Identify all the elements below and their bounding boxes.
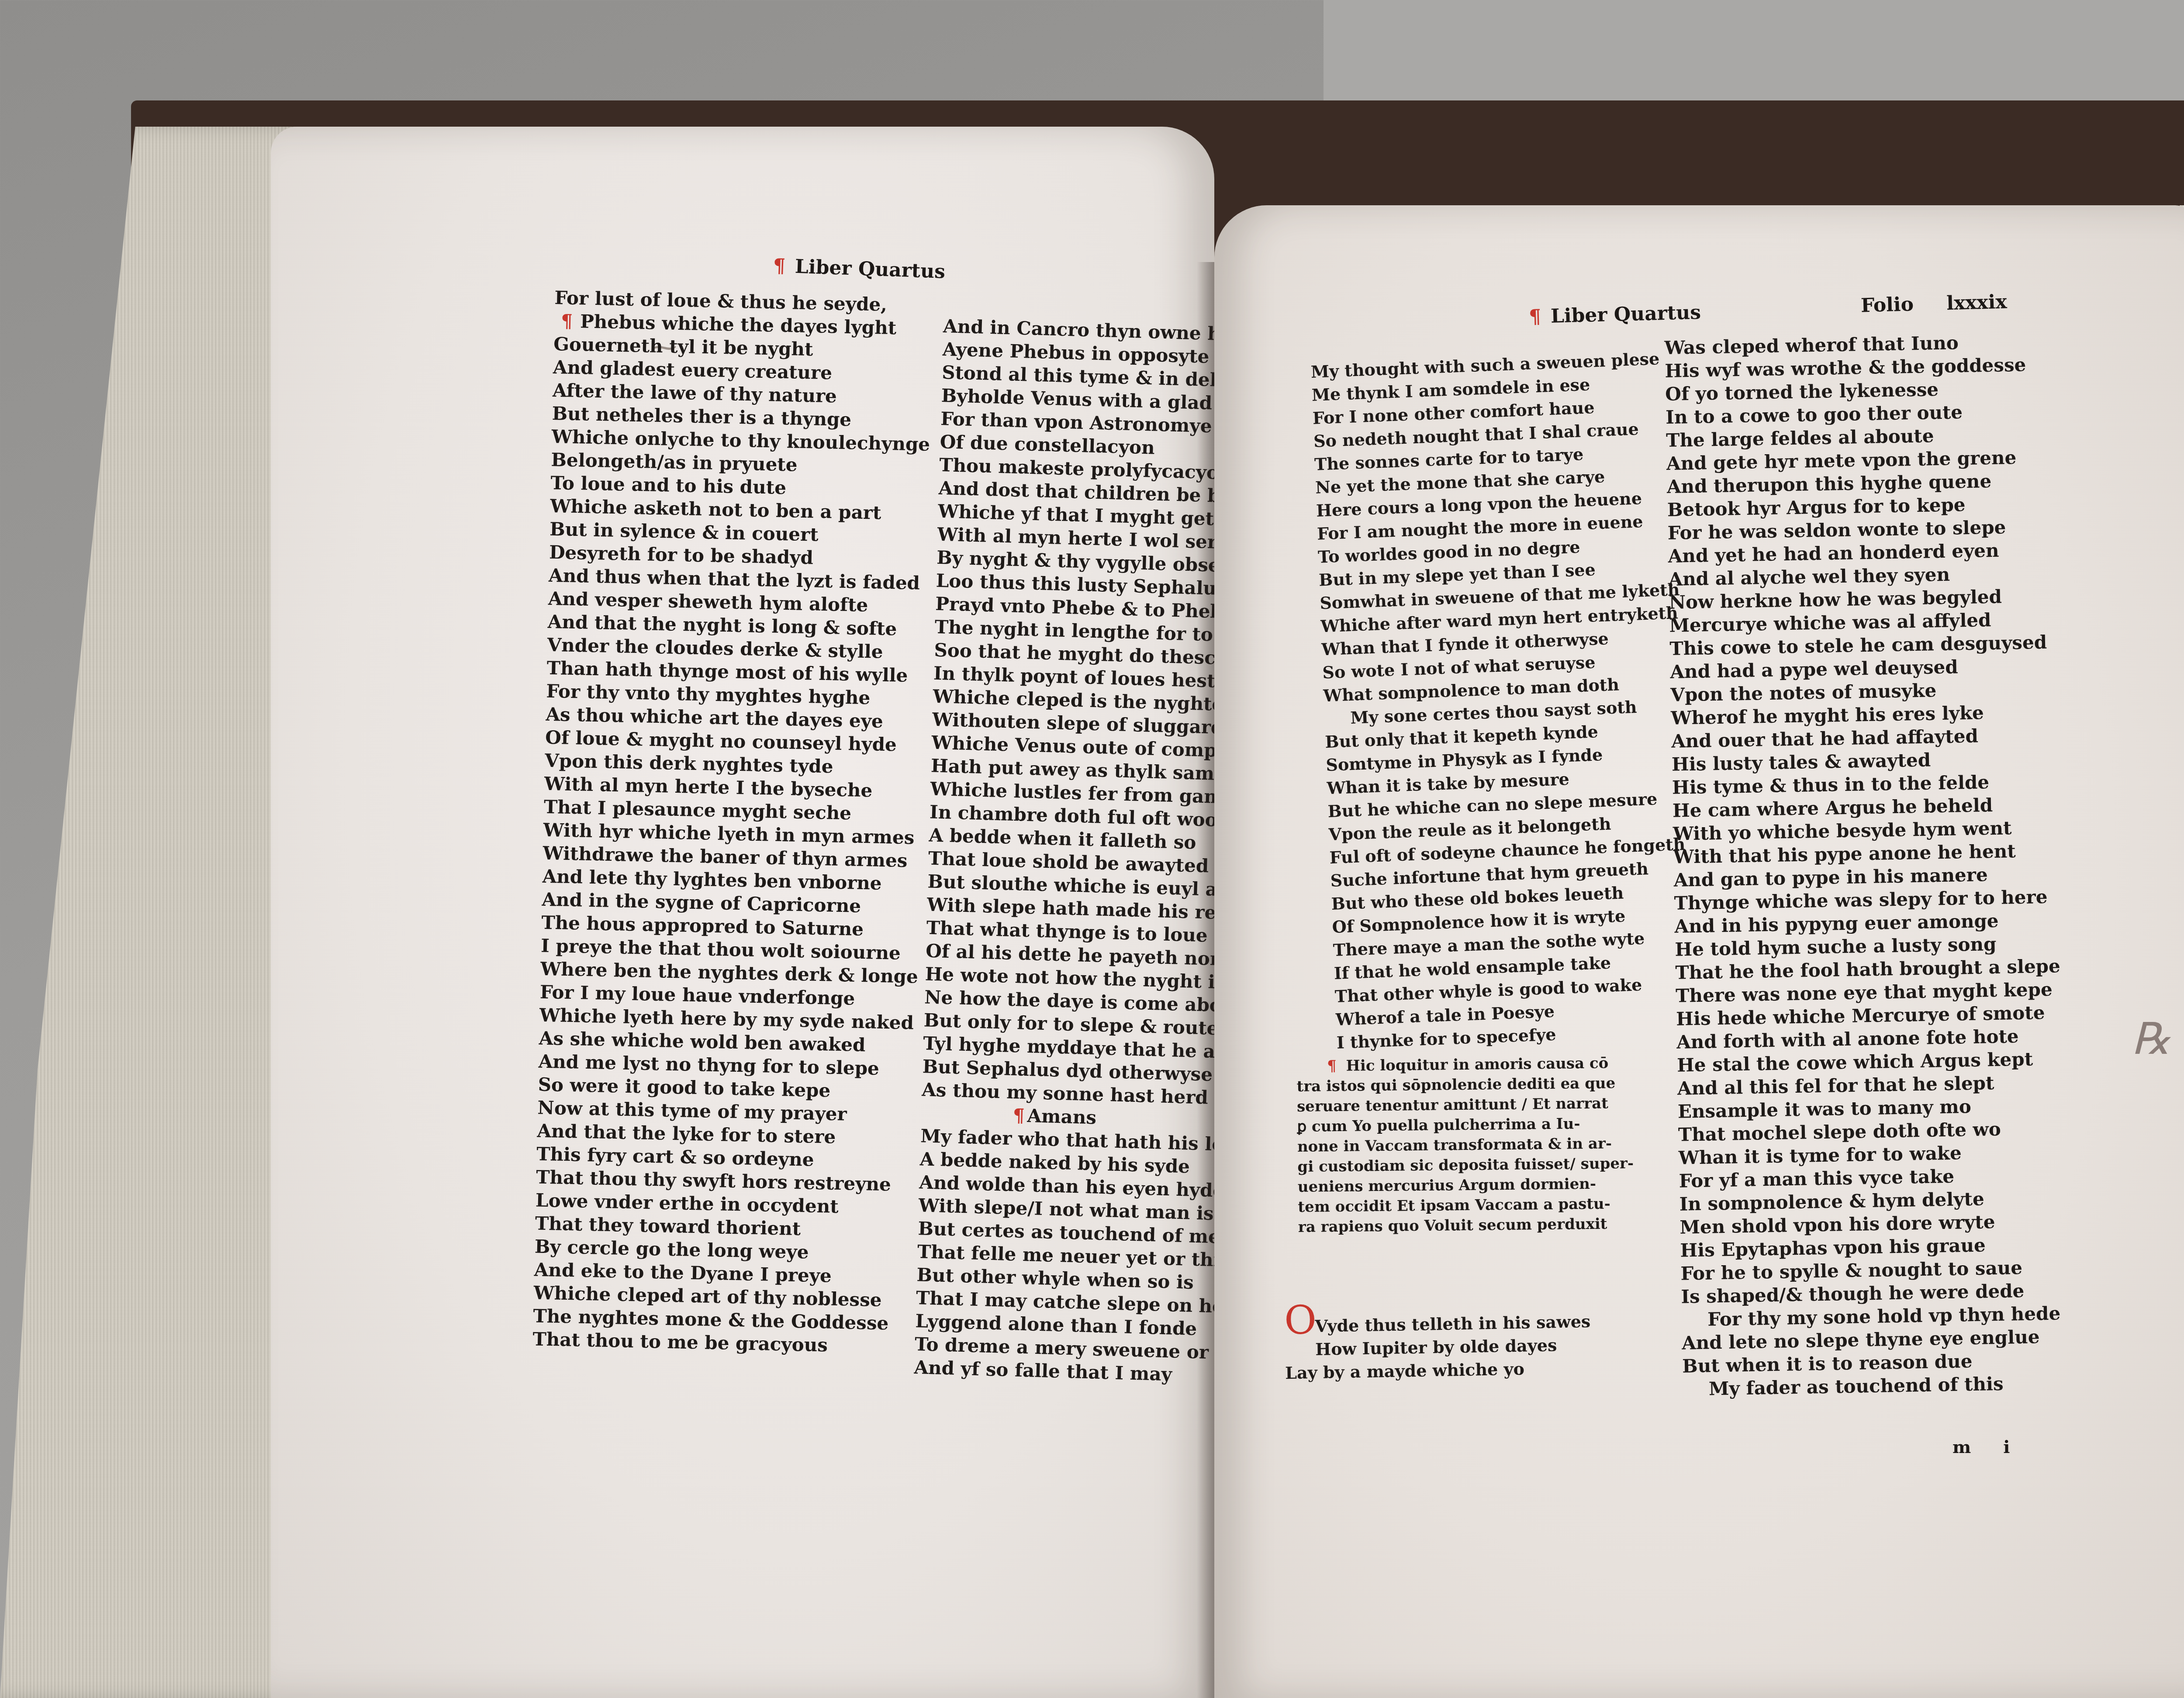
open-book: ⁓ ¶Liber Quartus For lust of loue & thus…: [0, 0, 2184, 1698]
latin-gloss: ¶Hic loquitur in amoris causa cōtra isto…: [1296, 1053, 1635, 1237]
right-running-head: ¶Liber Quartus: [1528, 301, 1701, 328]
left-page-column-1: For lust of loue & thus he seyde,Phebus …: [532, 286, 933, 1359]
gloss-line: ra rapiens quo Voluit secum perduxit: [1298, 1215, 1607, 1236]
pencil-annotation: ℞: [2132, 1013, 2184, 1070]
pilcrow-icon: ¶: [1013, 1104, 1025, 1126]
gloss-line: tem occidit Et ipsam Vaccam a pastu-: [1298, 1195, 1610, 1216]
left-page: ⁓ ¶Liber Quartus For lust of loue & thus…: [271, 127, 1214, 1698]
gloss-line: Hic loquitur in amoris causa cō: [1346, 1055, 1609, 1075]
folio-numeral: lxxxix: [1946, 291, 2008, 315]
verse-line: Lay by a mayde whiche yo: [1285, 1356, 1592, 1384]
right-page-column-1-stanza: O Vyde thus telleth in his sawesHow Iupi…: [1315, 1310, 1592, 1384]
right-page-column-2: Was cleped wherof that IunoHis wyf was w…: [1664, 330, 2068, 1401]
gloss-line: seruare tenentur amittunt / Et narrat: [1297, 1095, 1608, 1115]
signature-mark: m i: [1952, 1437, 2023, 1457]
pilcrow-icon: ¶: [773, 255, 786, 277]
pilcrow-icon: ¶: [1327, 1057, 1337, 1075]
speaker-label: Amans: [1027, 1105, 1097, 1128]
running-head-text: Liber Quartus: [1550, 301, 1701, 328]
gloss-line: ꝑ cum Yo puella pulcherrima a Iu-: [1297, 1115, 1580, 1135]
running-head-text: Liber Quartus: [795, 255, 946, 283]
verse-line: How Iupiter by olde dayes: [1315, 1333, 1591, 1361]
left-page-column-2: And in Cancro thyn owne housAyene Phebus…: [914, 314, 1214, 1389]
gloss-line: tra istos qui sōpnolencie dediti ea que: [1296, 1074, 1615, 1095]
gloss-line: ueniens mercurius Argum dormien-: [1298, 1175, 1596, 1196]
gloss-line: gi custodiam sic deposita fuisset/ super…: [1297, 1155, 1634, 1176]
right-page: ¶Liber Quartus Folio lxxxix My thought w…: [1214, 205, 2184, 1698]
right-page-column-1: My thought with such a sweuen pleseMe th…: [1310, 346, 1697, 1054]
folio-label: Folio: [1860, 293, 1914, 317]
pilcrow-icon: ¶: [1528, 305, 1541, 328]
left-running-head: ¶Liber Quartus: [773, 255, 946, 283]
gloss-line: none in Vaccam transformata & in ar-: [1297, 1135, 1612, 1156]
rubricated-initial: O: [1284, 1308, 1317, 1332]
folio-number: Folio lxxxix: [1860, 291, 2007, 317]
